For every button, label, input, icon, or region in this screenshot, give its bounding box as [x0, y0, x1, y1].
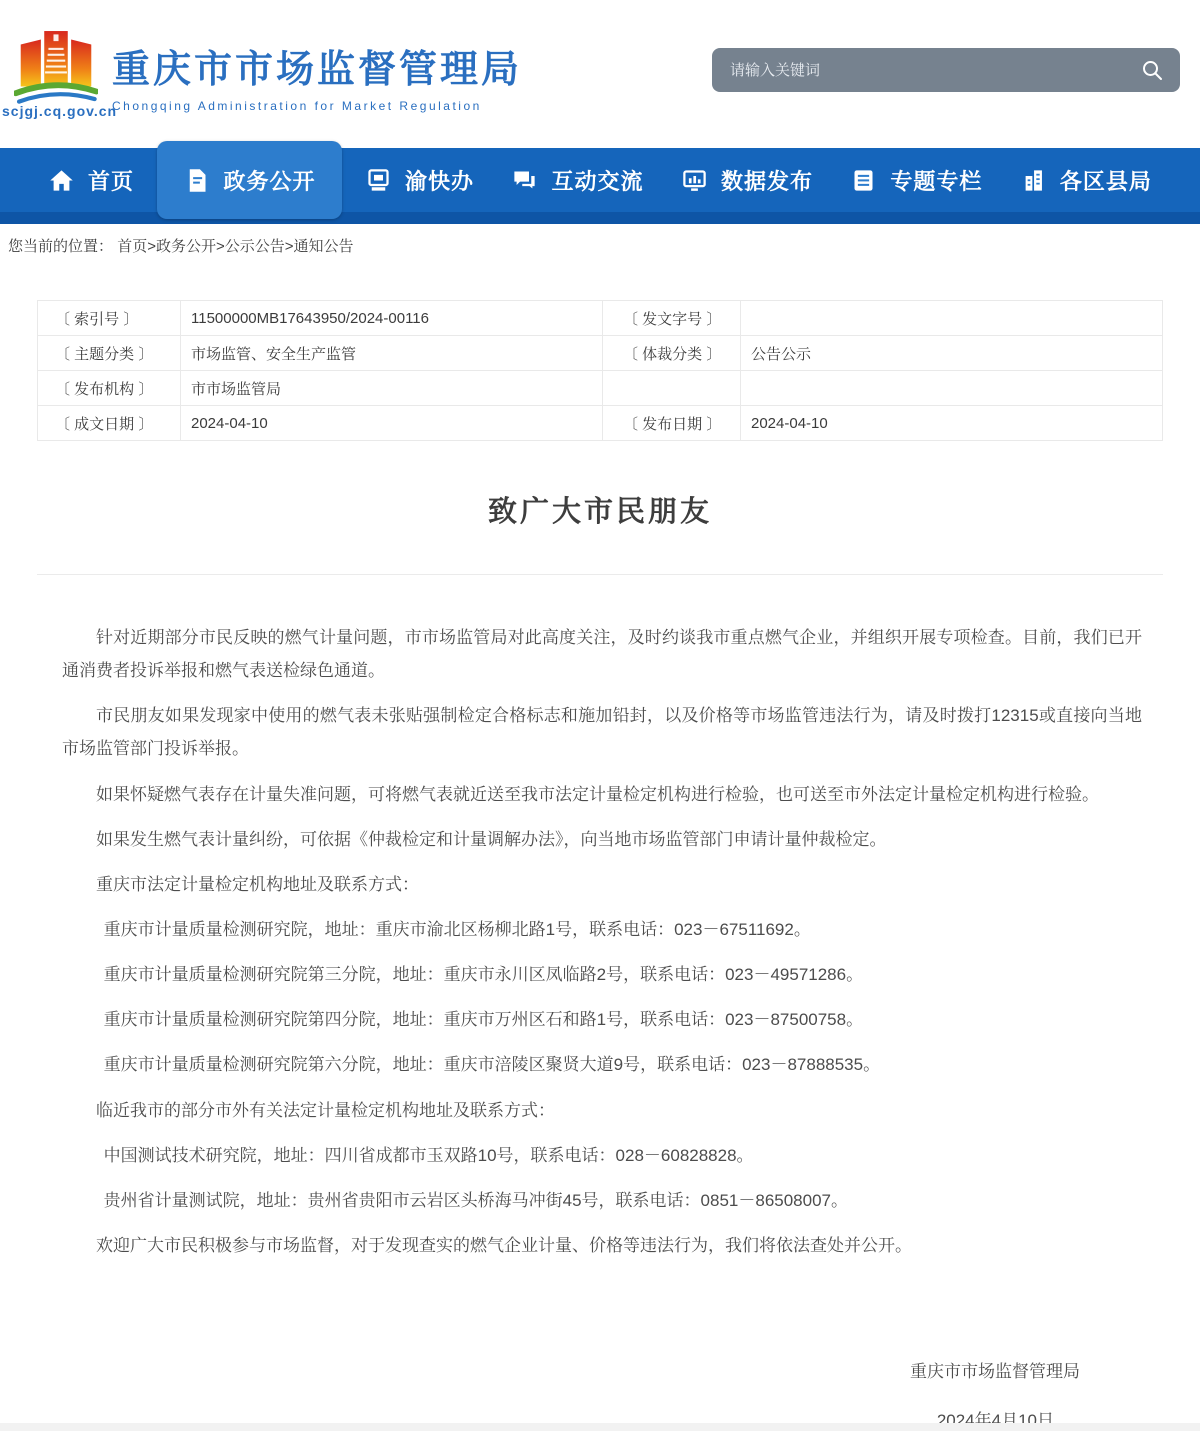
main-nav: 首页 政务公开 渝快办 互动交流: [0, 148, 1200, 224]
meta-label-index-number: 〔 索引号 〕: [38, 301, 181, 336]
meta-label-empty: [603, 371, 741, 406]
building-icon: [1020, 167, 1047, 194]
nav-item-label: 互动交流: [551, 165, 643, 196]
breadcrumb: 您当前的位置： 首页>政务公开>公示公告>通知公告: [0, 224, 1200, 266]
site-header: 重庆市市场监督管理局 Chongqing Administration for …: [0, 0, 1200, 148]
logo-text: 重庆市市场监督管理局 Chongqing Administration for …: [112, 22, 522, 113]
meta-label-genre-category: 〔 体裁分类 〕: [603, 336, 741, 371]
nav-item-label: 首页: [88, 165, 134, 196]
meta-label-doc-number: 〔 发文字号 〕: [603, 301, 741, 336]
meta-value-empty: [741, 371, 1163, 406]
nav-item-gov-info[interactable]: 政务公开: [157, 141, 341, 219]
search-input[interactable]: [712, 62, 1140, 79]
meta-value-topic-category: 市场监管、安全生产监管: [181, 336, 603, 371]
data-monitor-icon: [681, 167, 708, 194]
nav-item-label: 数据发布: [721, 165, 813, 196]
monitor-icon: [365, 167, 392, 194]
meta-value-doc-number: [741, 301, 1163, 336]
page: 重庆市市场监督管理局 Chongqing Administration for …: [0, 0, 1200, 1431]
logo-buildings-icon: [14, 22, 98, 114]
paragraph: 如果发生燃气表计量纠纷，可依据《仲裁检定和计量调解办法》，向当地市场监管部门申请…: [62, 823, 1142, 856]
table-row: 〔 成文日期 〕 2024-04-10 〔 发布日期 〕 2024-04-10: [38, 406, 1163, 441]
bottom-strip: [0, 1423, 1200, 1431]
paragraph-institute: 中国测试技术研究院，地址：四川省成都市玉双路10号，联系电话：028－60828…: [62, 1139, 1142, 1172]
paragraph-institute: 重庆市计量质量检测研究院第四分院，地址：重庆市万州区石和路1号，联系电话：023…: [62, 1003, 1142, 1036]
table-row: 〔 索引号 〕 11500000MB17643950/2024-00116 〔 …: [38, 301, 1163, 336]
chat-bubbles-icon: [511, 167, 538, 194]
paragraph-institute: 重庆市计量质量检测研究院第六分院，地址：重庆市涪陵区聚贤大道9号，联系电话：02…: [62, 1048, 1142, 1081]
paragraph-institute: 重庆市计量质量检测研究院第三分院，地址：重庆市永川区凤临路2号，联系电话：023…: [62, 958, 1142, 991]
site-url: scjgj.cq.gov.cn: [2, 103, 117, 119]
meta-value-index-number: 11500000MB17643950/2024-00116: [181, 301, 603, 336]
nav-item-label: 渝快办: [405, 165, 474, 196]
signature-block: 重庆市市场监督管理局 2024年4月10日: [62, 1357, 1142, 1431]
meta-value-issuing-agency: 市市场监管局: [181, 371, 603, 406]
meta-label-issuing-agency: 〔 发布机构 〕: [38, 371, 181, 406]
nav-item-special-columns[interactable]: 专题专栏: [836, 148, 996, 212]
paragraph: 重庆市法定计量检定机构地址及联系方式：: [62, 868, 1142, 901]
meta-value-written-date: 2024-04-10: [181, 406, 603, 441]
paragraph: 如果怀疑燃气表存在计量失准问题，可将燃气表就近送至我市法定计量检定机构进行检验，…: [62, 778, 1142, 811]
meta-label-topic-category: 〔 主题分类 〕: [38, 336, 181, 371]
meta-label-written-date: 〔 成文日期 〕: [38, 406, 181, 441]
nav-item-label: 政务公开: [223, 165, 315, 196]
nav-item-label: 各区县局: [1060, 165, 1152, 196]
signature-org: 重庆市市场监督管理局: [62, 1357, 1142, 1382]
page-title: 致广大市民朋友: [0, 489, 1200, 530]
document-meta-table: 〔 索引号 〕 11500000MB17643950/2024-00116 〔 …: [37, 300, 1163, 441]
breadcrumb-prefix: 您当前的位置：: [8, 238, 113, 255]
columns-list-icon: [850, 167, 877, 194]
meta-value-genre-category: 公告公示: [741, 336, 1163, 371]
site-title: 重庆市市场监督管理局: [112, 38, 522, 93]
paragraph: 市民朋友如果发现家中使用的燃气表未张贴强制检定合格标志和施加铅封，以及价格等市场…: [62, 699, 1142, 765]
title-divider: [37, 574, 1163, 575]
nav-item-home[interactable]: 首页: [34, 148, 148, 212]
nav-item-label: 专题专栏: [890, 165, 982, 196]
table-row: 〔 发布机构 〕 市市场监管局: [38, 371, 1163, 406]
breadcrumb-path[interactable]: 首页>政务公开>公示公告>通知公告: [117, 238, 353, 255]
search-icon[interactable]: [1140, 58, 1164, 82]
nav-item-yukuaiban[interactable]: 渝快办: [351, 148, 488, 212]
meta-label-publish-date: 〔 发布日期 〕: [603, 406, 741, 441]
table-row: 〔 主题分类 〕 市场监管、安全生产监管 〔 体裁分类 〕 公告公示: [38, 336, 1163, 371]
article-body: 针对近期部分市民反映的燃气计量问题，市市场监管局对此高度关注，及时约谈我市重点燃…: [62, 621, 1142, 1431]
document-icon: [183, 167, 210, 194]
paragraph-institute: 贵州省计量测试院，地址：贵州省贵阳市云岩区头桥海马冲街45号，联系电话：0851…: [62, 1184, 1142, 1217]
site-logo[interactable]: 重庆市市场监督管理局 Chongqing Administration for …: [14, 22, 522, 114]
home-icon: [48, 167, 75, 194]
meta-value-publish-date: 2024-04-10: [741, 406, 1163, 441]
search-box[interactable]: [712, 48, 1180, 92]
paragraph-institute: 重庆市计量质量检测研究院，地址：重庆市渝北区杨柳北路1号，联系电话：023－67…: [62, 913, 1142, 946]
nav-item-interaction[interactable]: 互动交流: [497, 148, 657, 212]
paragraph: 针对近期部分市民反映的燃气计量问题，市市场监管局对此高度关注，及时约谈我市重点燃…: [62, 621, 1142, 687]
nav-item-data-release[interactable]: 数据发布: [667, 148, 827, 212]
paragraph: 临近我市的部分市外有关法定计量检定机构地址及联系方式：: [62, 1094, 1142, 1127]
paragraph: 欢迎广大市民积极参与市场监督，对于发现查实的燃气企业计量、价格等违法行为，我们将…: [62, 1229, 1142, 1262]
nav-item-district-bureaus[interactable]: 各区县局: [1006, 148, 1166, 212]
site-title-english: Chongqing Administration for Market Regu…: [112, 99, 522, 113]
